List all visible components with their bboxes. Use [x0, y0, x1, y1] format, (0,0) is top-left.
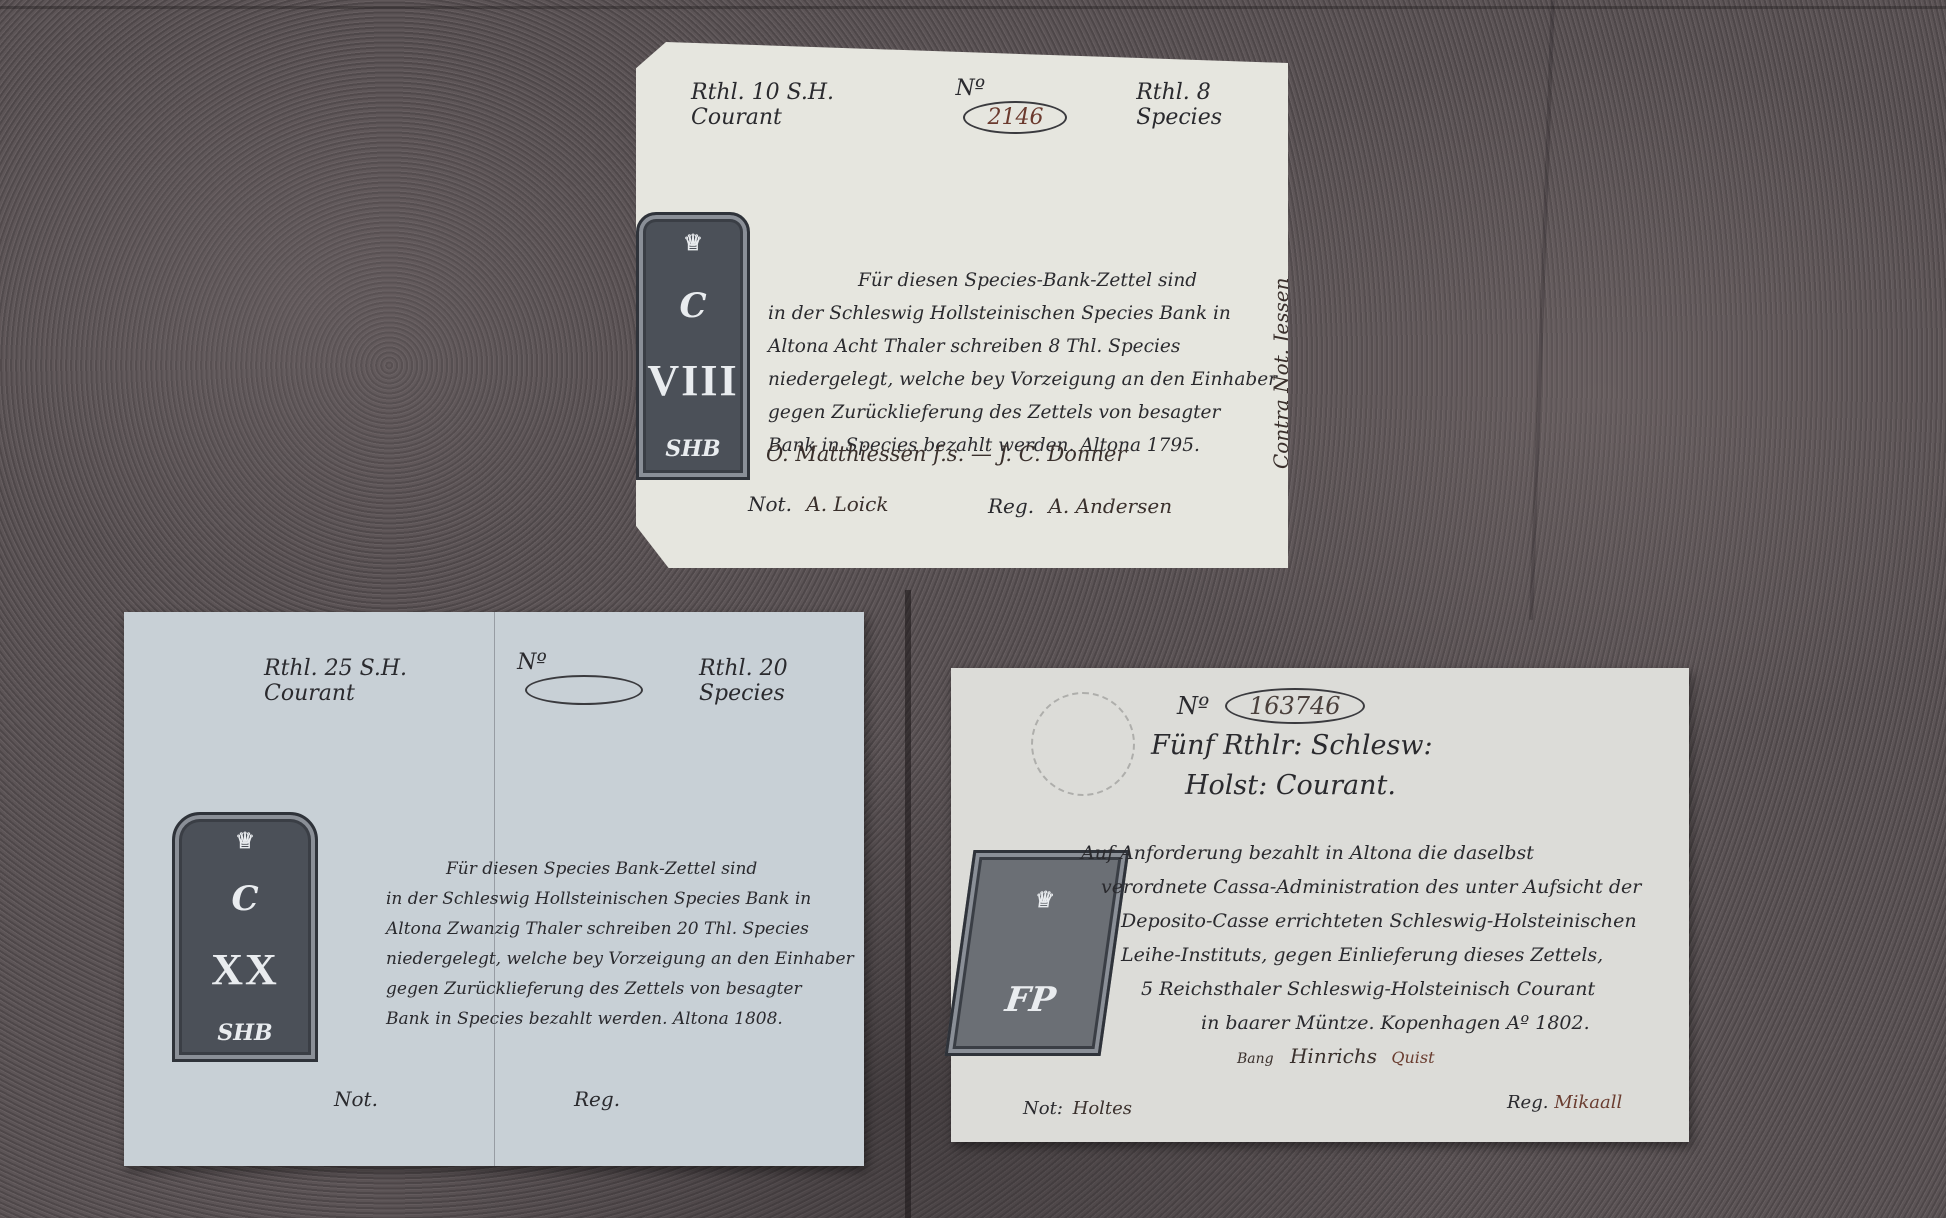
header: Rthl. 25 S.H. Courant Nº Rthl. 20 Specie…: [264, 650, 864, 711]
denomination-species: Rthl. 20 Species: [699, 656, 864, 706]
serial-number: 2146: [963, 101, 1067, 134]
bank-initials: SHB: [665, 436, 720, 462]
vignette-panel: ♕ C XX SHB: [172, 812, 318, 1062]
bank-initials: SHB: [217, 1020, 272, 1046]
margin-note: Contra Not. Jessen: [1269, 139, 1293, 469]
leather-seam-vertical: [905, 590, 911, 1218]
value-numeral: VIII: [647, 355, 738, 406]
cashier-signature: Bang Hinrichs Quist: [1237, 1044, 1435, 1068]
embossed-seal: [1031, 692, 1135, 796]
director-signatures: O. Matthiessen f.s. — J. C. Donner: [766, 442, 1126, 466]
reg-signature-block: Reg. A. Andersen: [988, 494, 1172, 518]
value-numeral: XX: [211, 944, 279, 995]
leather-seam-top: [0, 6, 1946, 9]
reg-signature-block: Reg. Mikaall: [1507, 1092, 1622, 1113]
serial-number: 163746: [1225, 688, 1365, 724]
not-signature-block: Not: Holtes: [1023, 1098, 1132, 1119]
banknote-top: Rthl. 10 S.H. Courant Nº 2146 Rthl. 8 Sp…: [636, 42, 1288, 568]
leather-seam-right: [1529, 0, 1555, 620]
not-label: Not.: [334, 1087, 378, 1111]
body-text: Für diesen Species Bank-Zettel sind in d…: [386, 854, 854, 1034]
royal-monogram: C: [231, 879, 258, 919]
body-text: Auf Anforderung bezahlt in Altona die da…: [1081, 836, 1641, 1040]
header: Rthl. 10 S.H. Courant Nº 2146 Rthl. 8 Sp…: [691, 76, 1288, 134]
crown-icon: ♕: [235, 828, 255, 854]
reg-label: Reg.: [574, 1087, 620, 1111]
title-line-1: Fünf Rthlr: Schlesw:: [1151, 730, 1433, 761]
royal-monogram: FP: [1003, 980, 1058, 1020]
denomination-courant: Rthl. 25 S.H. Courant: [264, 656, 483, 706]
body-text: Für diesen Species-Bank-Zettel sind in d…: [768, 264, 1277, 462]
serial-number-blank: [525, 675, 643, 705]
serial-block: Nº 163746: [1177, 688, 1365, 724]
crown-icon: ♕: [683, 230, 703, 256]
banknote-bottom-left: Rthl. 25 S.H. Courant Nº Rthl. 20 Specie…: [124, 612, 864, 1166]
royal-monogram: C: [679, 286, 706, 326]
banknote-bottom-right: Nº 163746 Fünf Rthlr: Schlesw: Holst: Co…: [951, 668, 1689, 1142]
denomination-species: Rthl. 8 Species: [1136, 80, 1288, 130]
vignette-panel: ♕ C VIII SHB: [636, 212, 750, 480]
serial-block: Nº 2146: [955, 76, 1090, 134]
crown-icon: ♕: [1033, 887, 1056, 913]
not-signature-block: Not. A. Loick: [748, 492, 889, 516]
serial-block: Nº: [517, 650, 665, 711]
title-line-2: Holst: Courant.: [1185, 770, 1396, 801]
denomination-courant: Rthl. 10 S.H. Courant: [691, 80, 909, 130]
